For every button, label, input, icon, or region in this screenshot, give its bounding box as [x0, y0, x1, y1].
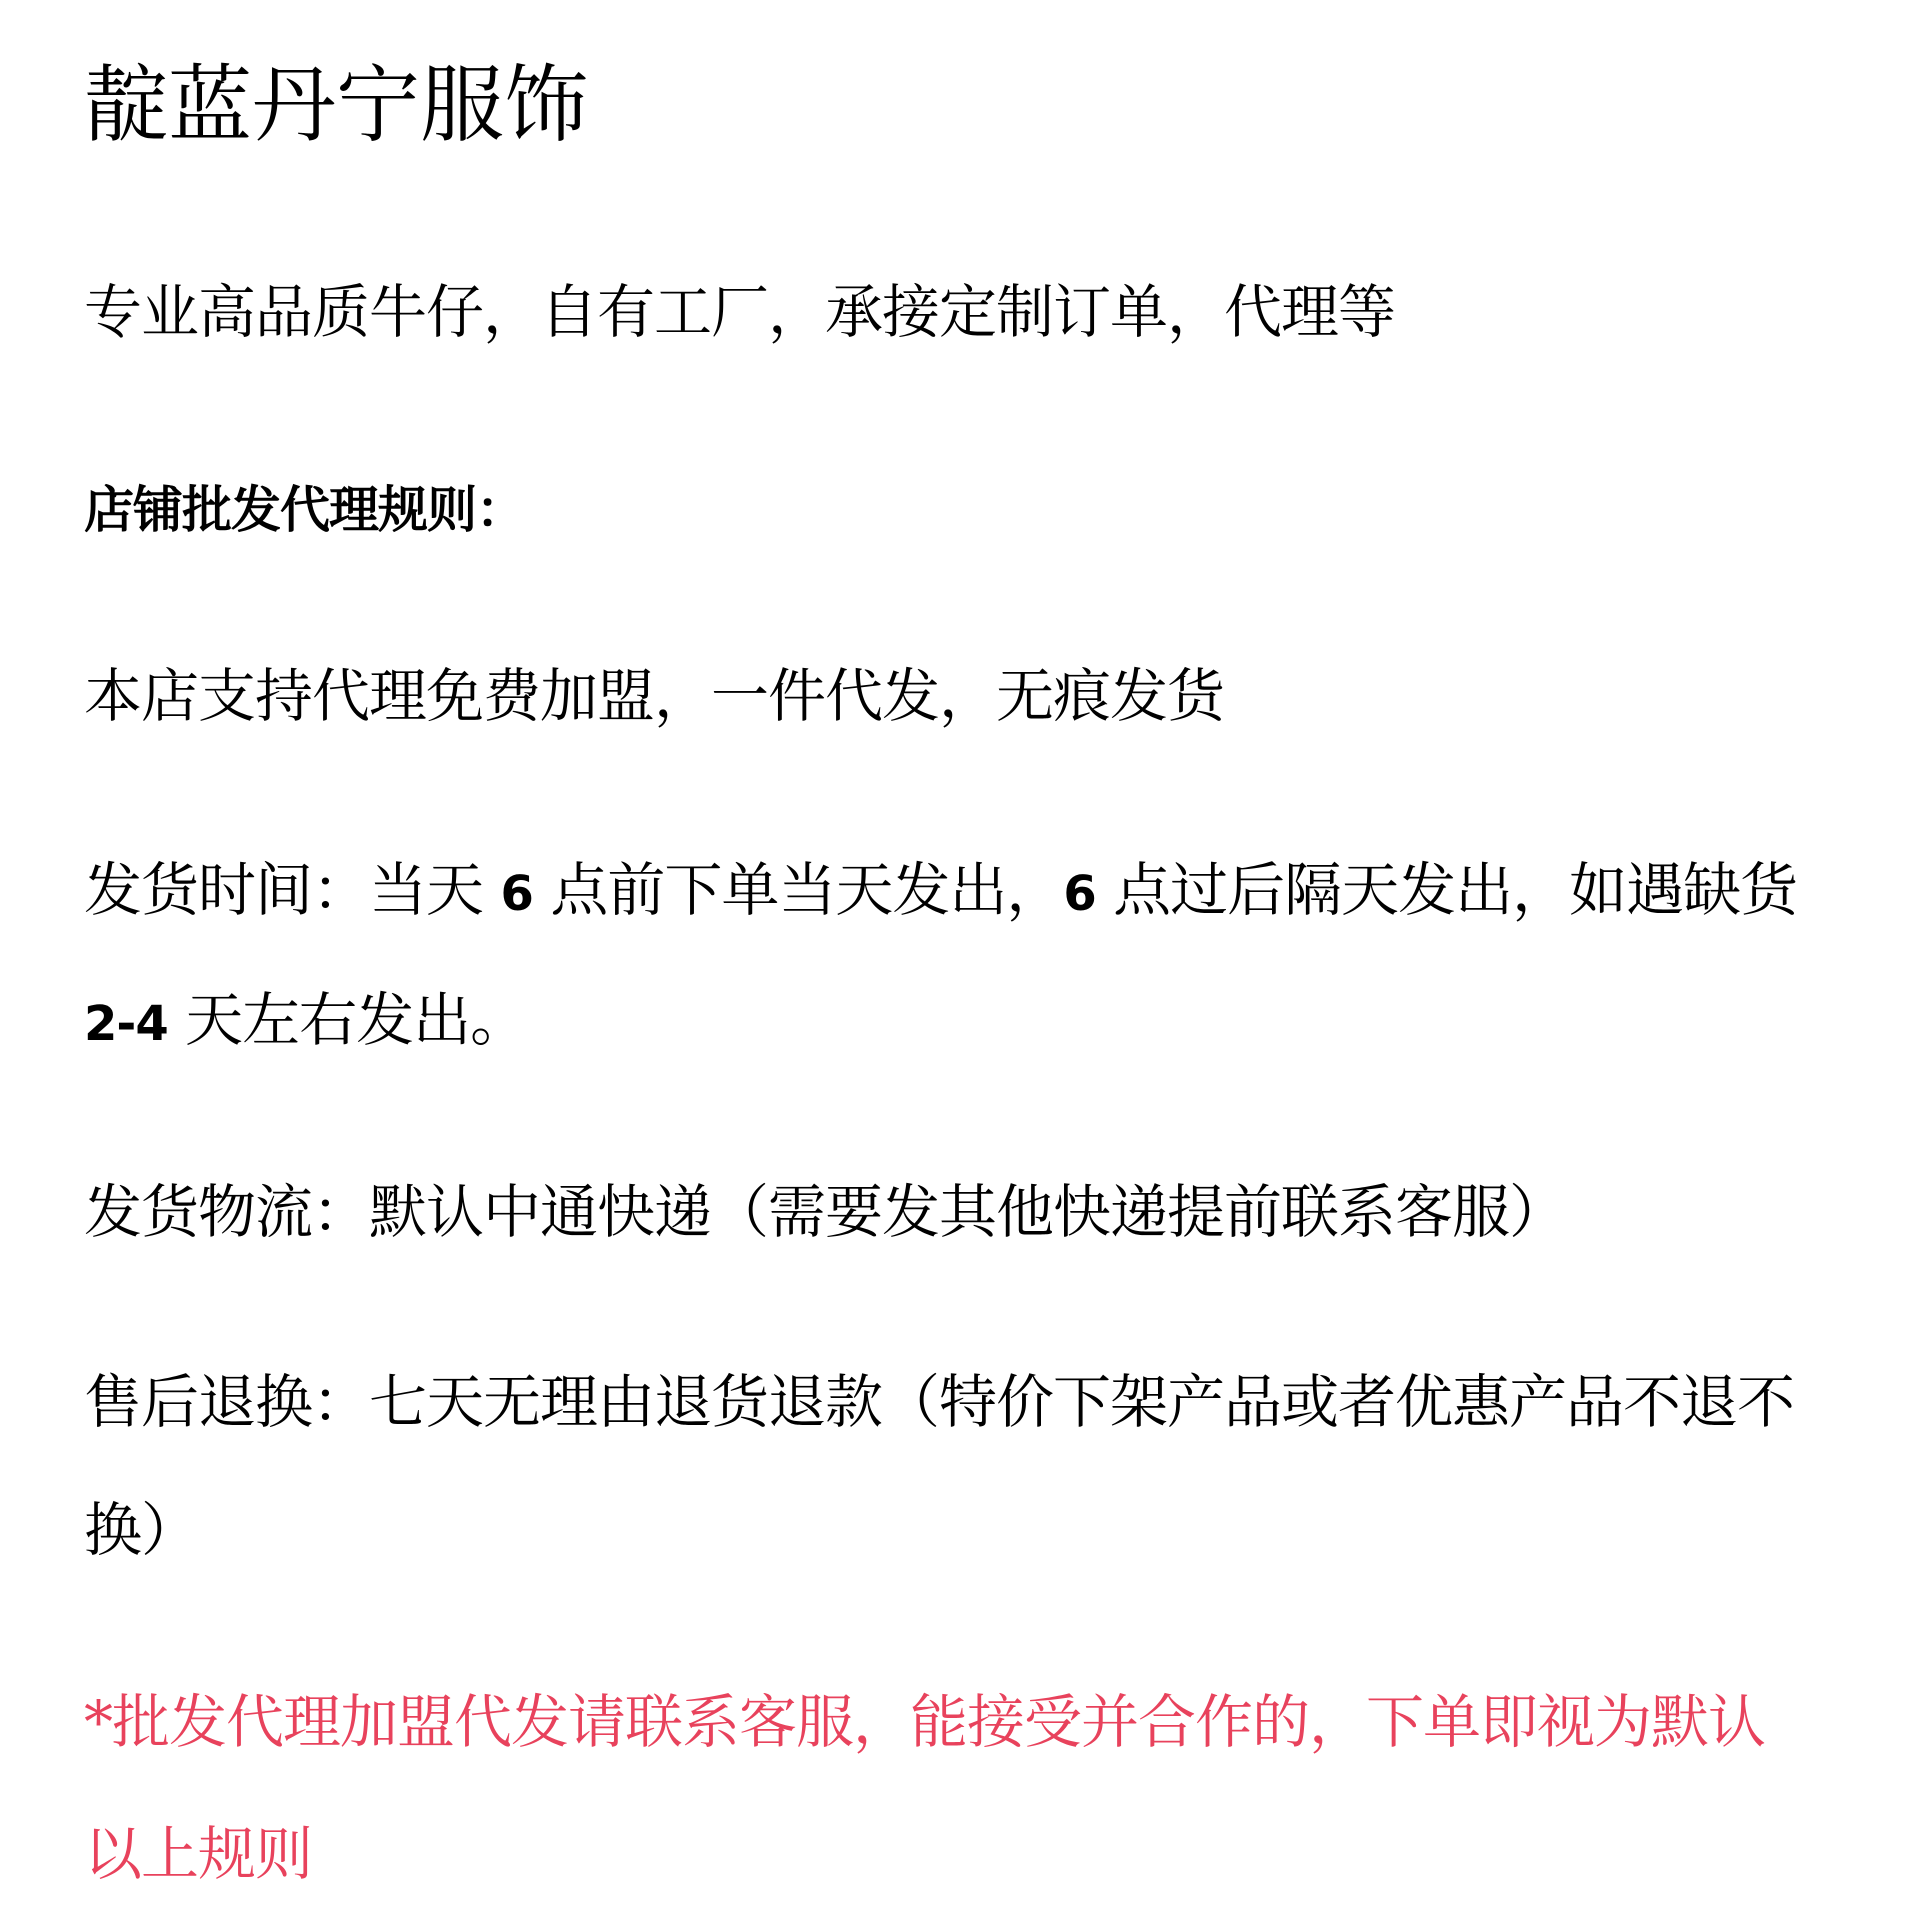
logistics-label: 发货物流： [84, 1178, 369, 1246]
after-sales-text: 七天无理由退货退款（特价下架产品或者优惠产品不退不 [369, 1368, 1794, 1436]
shipping-days-range: 2-4 [84, 996, 168, 1052]
shop-title: 靛蓝丹宁服饰 [84, 60, 588, 150]
shipping-time-line-1: 发货时间：当天 6 点前下单当天发出，6 点过后隔天发出，如遇缺货 [84, 858, 1797, 926]
shipping-time-line-2: 2-4 天左右发出。 [84, 988, 527, 1056]
shop-tagline: 专业高品质牛仔，自有工厂，承接定制订单，代理等 [84, 280, 1395, 344]
notice-line-2: 以上规则 [84, 1822, 312, 1886]
shipping-time-text-2: 点前下单当天发出， [550, 856, 1063, 924]
after-sales-line-2: 换） [84, 1498, 198, 1562]
after-sales-label: 售后退换： [84, 1368, 369, 1436]
shipping-time-label: 发货时间： [84, 856, 369, 924]
shipping-time-text-3: 点过后隔天发出，如遇缺货 [1113, 856, 1797, 924]
shipping-hour-2: 6 [1063, 866, 1095, 922]
support-line: 本店支持代理免费加盟，一件代发，无痕发货 [84, 664, 1224, 728]
notice-line-1: *批发代理加盟代发请联系客服，能接受并合作的，下单即视为默认 [84, 1690, 1765, 1754]
shipping-time-text-1: 当天 [369, 856, 483, 924]
logistics-line: 发货物流：默认中通快递（需要发其他快递提前联系客服） [84, 1180, 1566, 1244]
logistics-text: 默认中通快递（需要发其他快递提前联系客服） [369, 1178, 1566, 1246]
shipping-hour-1: 6 [500, 866, 532, 922]
rules-heading: 店铺批发代理规则： [84, 478, 525, 542]
after-sales-line-1: 售后退换：七天无理由退货退款（特价下架产品或者优惠产品不退不 [84, 1370, 1794, 1434]
shipping-time-text-4: 天左右发出。 [185, 986, 527, 1054]
